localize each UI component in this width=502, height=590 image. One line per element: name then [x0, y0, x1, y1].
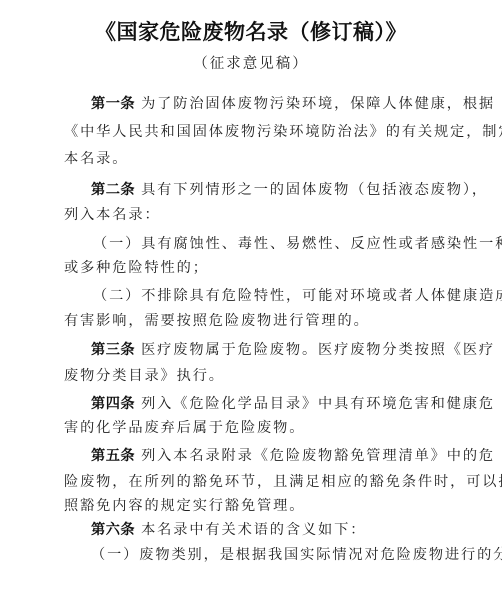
article-text: 列入《危险化学品目录》中具有环境危害和健康危	[141, 396, 495, 412]
article-4-line-2: 害的化学品废弃后属于危险废物。	[64, 418, 444, 438]
document-subtitle: （征求意见稿）	[0, 52, 502, 73]
article-text: 具有下列情形之一的固体废物（包括液态废物），	[141, 182, 488, 198]
article-6-line-1: 第六条本名录中有关术语的含义如下：	[91, 520, 471, 540]
article-label: 第四条	[91, 396, 135, 412]
article-4-line-1: 第四条列入《危险化学品目录》中具有环境危害和健康危	[91, 394, 471, 414]
article-1-line-3: 本名录。	[64, 149, 444, 169]
article-5-line-2: 险废物，在所列的豁免环节，且满足相应的豁免条件时，可以按	[64, 472, 444, 492]
article-label: 第一条	[91, 96, 135, 112]
article-label: 第五条	[91, 448, 135, 464]
document-title: 《国家危险废物名录（修订稿）》	[0, 16, 502, 46]
article-text: 列入本名录附录《危险废物豁免管理清单》中的危	[141, 448, 495, 464]
article-label: 第二条	[91, 182, 135, 198]
article-3-line-2: 废物分类目录》执行。	[64, 366, 444, 386]
article-5-line-1: 第五条列入本名录附录《危险废物豁免管理清单》中的危	[91, 446, 471, 466]
article-2-line-1: 第二条具有下列情形之一的固体废物（包括液态废物），	[91, 180, 471, 200]
article-text: 本名录中有关术语的含义如下：	[141, 522, 366, 538]
article-text: 医疗废物属于危险废物。医疗废物分类按照《医疗	[141, 342, 495, 358]
article-1-line-1: 第一条为了防治固体废物污染环境，保障人体健康，根据	[91, 94, 471, 114]
article-text: 为了防治固体废物污染环境，保障人体健康，根据	[141, 96, 495, 112]
article-6-item-1-line-1: （一）废物类别，是根据我国实际情况对危险废物进行的分	[91, 545, 471, 565]
article-label: 第三条	[91, 342, 135, 358]
article-2-item-1-line-2: 或多种危险特性的；	[64, 258, 444, 278]
article-2-item-2-line-2: 有害影响，需要按照危险废物进行管理的。	[64, 311, 444, 331]
article-2-line-2: 列入本名录：	[64, 205, 444, 225]
article-1-line-2: 《中华人民共和国固体废物污染环境防治法》的有关规定，制定	[64, 122, 444, 142]
article-label: 第六条	[91, 522, 135, 538]
article-5-line-3: 照豁免内容的规定实行豁免管理。	[64, 496, 444, 516]
article-3-line-1: 第三条医疗废物属于危险废物。医疗废物分类按照《医疗	[91, 340, 471, 360]
article-2-item-1-line-1: （一）具有腐蚀性、毒性、易燃性、反应性或者感染性一种	[93, 234, 473, 254]
article-2-item-2-line-1: （二）不排除具有危险特性，可能对环境或者人体健康造成	[93, 286, 473, 306]
